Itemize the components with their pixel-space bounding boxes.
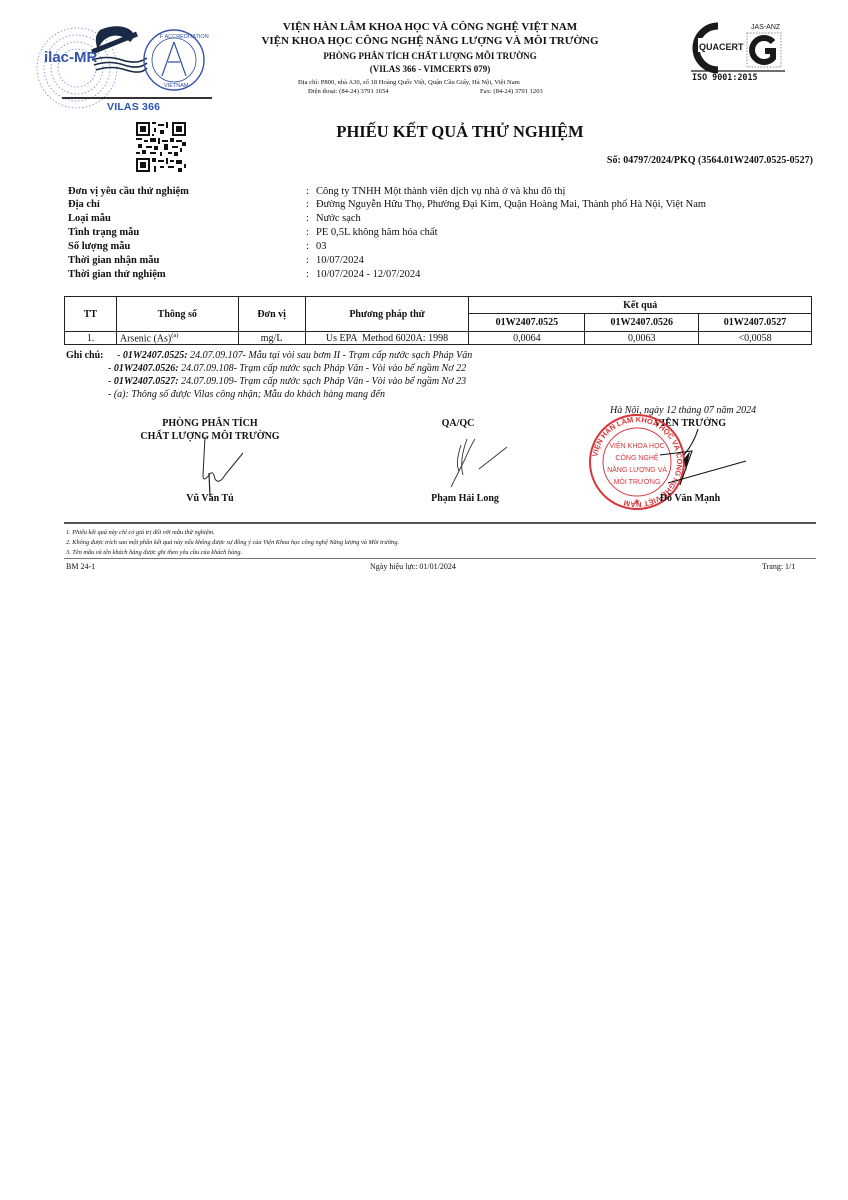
cell-tt: 1.	[65, 332, 117, 345]
note-item-3: - 01W2407.0527: 24.07.09.109- Trạm cấp n…	[108, 376, 466, 387]
note-text: (a): Thông số được Vilas công nhận; Mẫu …	[114, 389, 385, 400]
org-fax: Fax: (84-24) 3791 1203	[480, 88, 543, 95]
header-result-group: Kết quả	[469, 297, 812, 314]
footnote-1: 1. Phiếu kết quả này chỉ có giá trị đối …	[66, 529, 215, 536]
info-value: 03	[316, 241, 327, 252]
header-sample-3: 01W2407.0527	[699, 314, 812, 332]
lab-signer-name: Vũ Văn Tú	[130, 493, 290, 504]
table-row: 1. Arsenic (As)(a) mg/L Us EPA Method 60…	[65, 332, 812, 345]
iso-certification-icon: QUACERT JAS-ANZ ISO 9001:2015	[688, 20, 788, 82]
lab-signature-icon	[195, 435, 255, 497]
note-sample-code: 01W2407.0527:	[114, 376, 179, 387]
info-colon: :	[306, 255, 309, 266]
info-value: Nước sạch	[316, 213, 361, 224]
document-number: Số: 04797/2024/PKQ (3564.01W2407.0525-05…	[607, 155, 813, 166]
cell-result-2: 0,0063	[585, 332, 699, 345]
info-value: 10/07/2024	[316, 255, 364, 266]
info-label: Thời gian thử nghiệm	[68, 269, 166, 280]
org-phone: Điện thoại: (84-24) 3791 1654	[308, 88, 389, 95]
note-text: 24.07.09.109- Trạm cấp nước sạch Pháp Vâ…	[179, 376, 467, 387]
notes-label: Ghi chú:	[66, 350, 104, 361]
info-label: Số lượng mẫu	[68, 241, 130, 252]
note-item-1: - 01W2407.0525: 24.07.09.107- Mẫu tại vò…	[117, 350, 472, 361]
cell-result-1: 0,0064	[469, 332, 585, 345]
note-text: 24.07.09.108- Trạm cấp nước sạch Pháp Vâ…	[179, 363, 467, 374]
logo-divider	[62, 97, 212, 99]
info-label: Địa chỉ	[68, 199, 100, 210]
cell-unit: mg/L	[238, 332, 305, 345]
svg-text:ilac-MR: ilac-MR	[44, 49, 98, 66]
footnote-3: 3. Tên mẫu và tên khách hàng được ghi th…	[66, 549, 242, 556]
qaqc-signature-icon	[445, 435, 515, 490]
quacert-iso-logo: QUACERT JAS-ANZ ISO 9001:2015	[688, 20, 788, 82]
header-sample-2: 01W2407.0526	[585, 314, 699, 332]
header-tt: TT	[65, 297, 117, 332]
results-table: TT Thông số Đơn vị Phương pháp thử Kết q…	[64, 296, 812, 345]
info-colon: :	[306, 186, 309, 197]
qr-code-icon	[136, 122, 186, 172]
svg-text:VIETNAM: VIETNAM	[164, 83, 189, 89]
footer-divider-bottom	[64, 558, 816, 559]
info-label: Đơn vị yêu cầu thử nghiệm	[68, 186, 189, 197]
cell-method: Us EPA Method 6020A: 1998	[305, 332, 469, 345]
info-colon: :	[306, 227, 309, 238]
header-method: Phương pháp thử	[305, 297, 469, 332]
header-unit: Đơn vị	[238, 297, 305, 332]
info-value: Đường Nguyễn Hữu Thọ, Phường Đại Kim, Qu…	[316, 199, 706, 210]
cell-result-3: <0,0058	[699, 332, 812, 345]
info-colon: :	[306, 199, 309, 210]
cell-parameter: Arsenic (As)(a)	[116, 332, 238, 345]
parameter-footnote-mark: (a)	[171, 332, 178, 339]
org-line-4: (VILAS 366 - VIMCERTS 079)	[230, 64, 630, 74]
org-line-2: VIỆN KHOA HỌC CÔNG NGHỆ NĂNG LƯỢNG VÀ MÔ…	[230, 35, 630, 47]
director-signature-icon	[640, 425, 750, 500]
page-number: Trang: 1/1	[762, 562, 795, 571]
info-value: Công ty TNHH Một thành viên dịch vụ nhà …	[316, 186, 565, 197]
info-colon: :	[306, 241, 309, 252]
info-colon: :	[306, 213, 309, 224]
svg-text:F ACCREDITATION: F ACCREDITATION	[160, 34, 209, 40]
svg-text:QUACERT: QUACERT	[699, 42, 744, 52]
org-line-3: PHÒNG PHÂN TÍCH CHẤT LƯỢNG MÔI TRƯỜNG	[230, 51, 630, 61]
info-label: Tình trạng mẫu	[68, 227, 139, 238]
qaqc-sign-title: QA/QC	[418, 418, 498, 429]
table-header-row: TT Thông số Đơn vị Phương pháp thử Kết q…	[65, 297, 812, 314]
svg-text:JAS-ANZ: JAS-ANZ	[751, 24, 781, 31]
note-item-2: - 01W2407.0526: 24.07.09.108- Trạm cấp n…	[108, 363, 466, 374]
note-sample-code: 01W2407.0525:	[123, 350, 188, 361]
note-text: 24.07.09.107- Mẫu tại vòi sau bơm II - T…	[188, 350, 473, 361]
director-signer-name: Đỗ Văn Mạnh	[620, 493, 760, 504]
info-value: 10/07/2024 - 12/07/2024	[316, 269, 420, 280]
svg-text:ISO 9001:2015: ISO 9001:2015	[692, 72, 758, 82]
header-sample-1: 01W2407.0525	[469, 314, 585, 332]
lab-sign-title-1: PHÒNG PHÂN TÍCH	[130, 418, 290, 429]
vilas-accreditation-label: VILAS 366	[107, 101, 160, 113]
effective-date: Ngày hiệu lực: 01/01/2024	[370, 562, 456, 571]
footer-divider	[64, 522, 816, 524]
parameter-name: Arsenic (As)	[120, 333, 171, 344]
info-colon: :	[306, 269, 309, 280]
info-label: Thời gian nhận mẫu	[68, 255, 159, 266]
document-title: PHIẾU KẾT QUẢ THỬ NGHIỆM	[200, 122, 720, 142]
note-sample-code: 01W2407.0526:	[114, 363, 179, 374]
footnote-2: 2. Không được trích sao một phần kết quả…	[66, 539, 399, 546]
header-parameter: Thông số	[116, 297, 238, 332]
form-code: BM 24-1	[66, 562, 95, 571]
info-value: PE 0,5L không hãm hóa chất	[316, 227, 438, 238]
info-label: Loại mẫu	[68, 213, 111, 224]
org-address: Địa chỉ: P800, nhà A30, số 18 Hoàng Quốc…	[298, 79, 520, 86]
qaqc-signer-name: Phạm Hải Long	[400, 493, 530, 504]
org-line-1: VIỆN HÀN LÂM KHOA HỌC VÀ CÔNG NGHỆ VIỆT …	[230, 21, 630, 33]
note-item-4: - (a): Thông số được Vilas công nhận; Mẫ…	[108, 389, 385, 400]
